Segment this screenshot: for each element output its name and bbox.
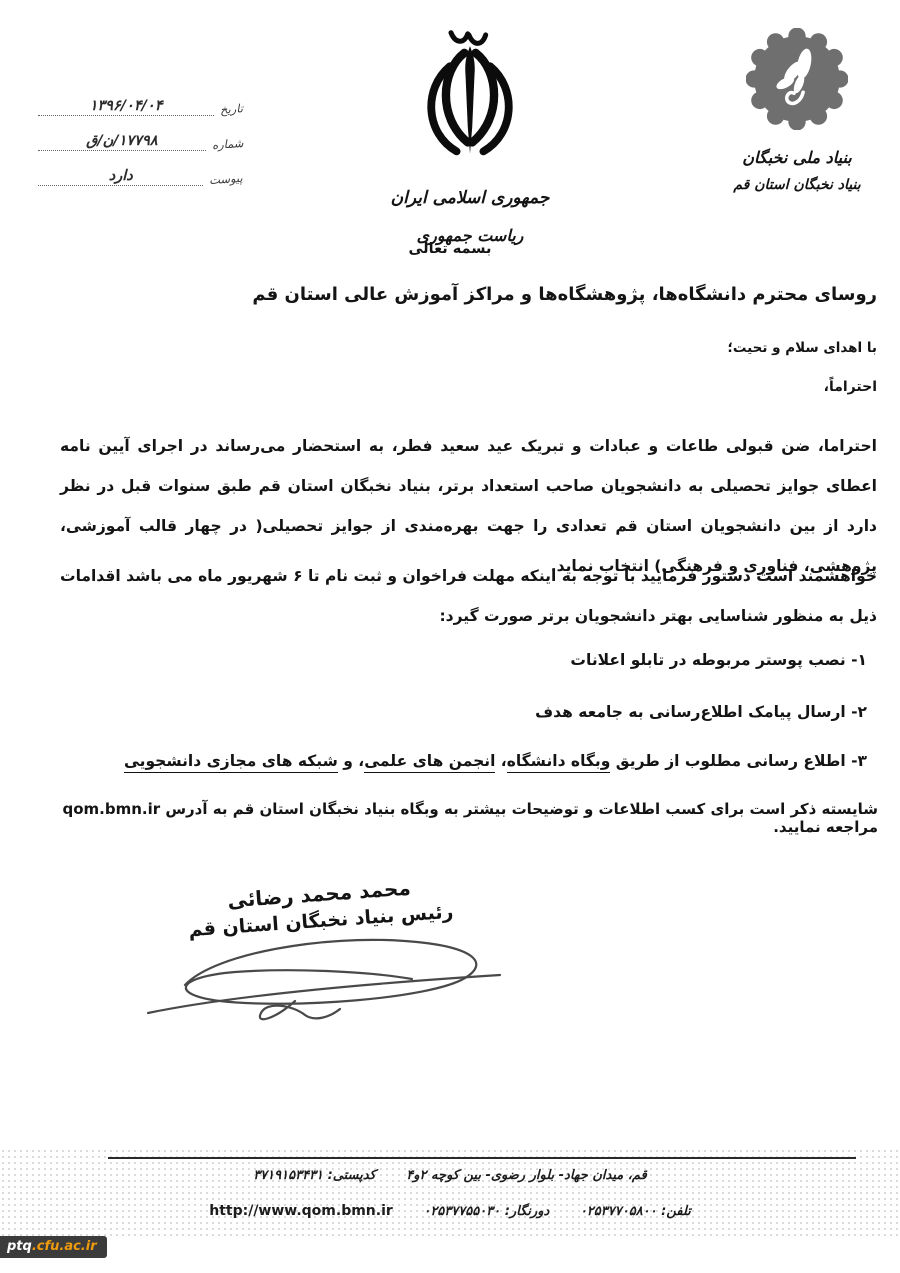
footer-fax-label: دورنگار: [505, 1204, 550, 1219]
closing-text-after: مراجعه نمایید. [773, 818, 878, 836]
salutation-line: با اهدای سلام و تحیت؛ [727, 340, 877, 356]
letter-page: تاریخ ۱۳۹۶/۰۴/۰۴ شماره ۱۷۷۹۸/ن/ق پیوست د… [0, 0, 900, 1273]
footer-address: قم، میدان جهاد- بلوار رضوی- بین کوچه ۲و۴ [406, 1168, 647, 1183]
meta-row-date: تاریخ ۱۳۹۶/۰۴/۰۴ [38, 98, 243, 116]
organization-subtitle: بنیاد نخبگان استان قم [712, 177, 882, 193]
list-item-2: ۲- ارسال پیامک اطلاع‌رسانی به جامعه هدف [60, 703, 867, 721]
footer-contact-line: تلفن: ۰۲۵۳۷۷۰۵۸۰۰ دورنگار: ۰۲۵۳۷۷۵۵۰۳۰ h… [0, 1203, 900, 1219]
attachment-value: دارد [38, 168, 203, 186]
header-meta-block: تاریخ ۱۳۹۶/۰۴/۰۴ شماره ۱۷۷۹۸/ن/ق پیوست د… [38, 98, 243, 203]
list-item-3-underlined-networks: شبکه های مجازی دانشجویی [124, 752, 338, 773]
footer-postal-label: کدپستی: [328, 1168, 376, 1183]
organization-header: بنیاد ملی نخبگان بنیاد نخبگان استان قم [712, 28, 882, 193]
list-item-3-sep1: ، [495, 752, 506, 770]
date-value: ۱۳۹۶/۰۴/۰۴ [38, 98, 214, 116]
closing-text-before: شایسته ذکر است برای کسب اطلاعات و توضیحا… [160, 800, 878, 818]
footer-fax-value: ۰۲۵۳۷۷۵۵۰۳۰ [423, 1204, 500, 1219]
date-label: تاریخ [220, 101, 244, 117]
attachment-label: پیوست [209, 171, 243, 187]
closing-url: qom.bmn.ir [62, 800, 160, 818]
footer: قم، میدان جهاد- بلوار رضوی- بین کوچه ۲و۴… [0, 1148, 900, 1238]
handwritten-signature-icon [140, 925, 510, 1029]
list-item-1: ۱- نصب پوستر مربوطه در تابلو اعلانات [60, 651, 867, 669]
footer-divider [108, 1157, 856, 1159]
list-item-3-sep2: ، و [338, 752, 364, 770]
number-value: ۱۷۷۹۸/ن/ق [38, 133, 206, 151]
footer-phone-label: تلفن: [661, 1204, 691, 1219]
watermark-rest-text: .cfu.ac.ir [32, 1239, 97, 1254]
list-item-3-underlined-societies: انجمن های علمی [364, 752, 495, 773]
watermark-bold-text: ptq [7, 1239, 32, 1254]
list-item-3-underlined-website: وبگاه دانشگاه [507, 752, 611, 773]
list-item-3-prefix: ۳- اطلاع رسانی مطلوب از طریق [610, 752, 867, 770]
list-item-3: ۳- اطلاع رسانی مطلوب از طریق وبگاه دانشگ… [60, 752, 867, 770]
government-header: جمهوری اسلامی ایران ریاست جمهوری [370, 26, 570, 245]
meta-row-number: شماره ۱۷۷۹۸/ن/ق [38, 133, 243, 151]
footer-phone-value: ۰۲۵۳۷۷۰۵۸۰۰ [580, 1204, 657, 1219]
footer-address-line: قم، میدان جهاد- بلوار رضوی- بین کوچه ۲و۴… [0, 1168, 900, 1183]
paragraph-2: خواهشمند است دستور فرمایید با توجه به ای… [60, 556, 877, 636]
site-watermark-badge: ptq.cfu.ac.ir [0, 1236, 107, 1258]
besmele-line: بسمه تعالی [0, 241, 900, 257]
meta-row-attachment: پیوست دارد [38, 168, 243, 186]
organization-title: بنیاد ملی نخبگان [712, 148, 882, 167]
iran-coat-of-arms-icon [414, 26, 526, 180]
respect-line: احتراماً، [824, 379, 877, 395]
letter-title: روسای محترم دانشگاه‌ها، پژوهشگاه‌ها و مر… [60, 284, 877, 305]
number-label: شماره [211, 136, 243, 152]
government-title: جمهوری اسلامی ایران [370, 188, 570, 208]
footer-postal-value: ۳۷۱۹۱۵۳۴۳۱ [253, 1168, 323, 1183]
elite-foundation-logo-icon [746, 115, 848, 134]
closing-line: شایسته ذکر است برای کسب اطلاعات و توضیحا… [40, 800, 878, 836]
footer-website-url: http://www.qom.bmn.ir [209, 1203, 393, 1219]
